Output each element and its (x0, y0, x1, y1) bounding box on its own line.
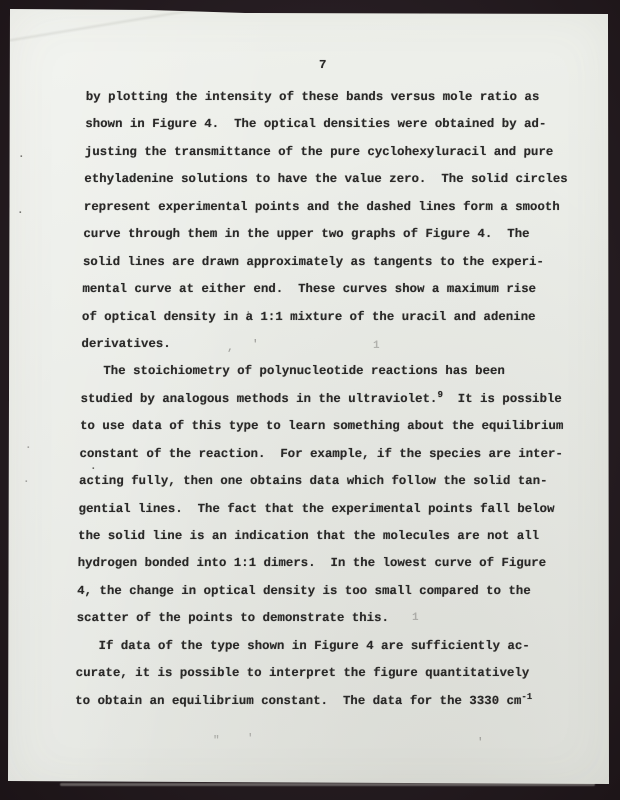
superscript: -1 (521, 692, 532, 702)
document-line: curate, it is possible to interpret the … (75, 660, 559, 687)
page-number: 7 (319, 58, 326, 72)
stray-mark: . (25, 441, 32, 452)
superscript: 9 (437, 390, 443, 400)
stray-mark: ' (247, 734, 254, 745)
document-line: shown in Figure 4. The optical densities… (85, 111, 569, 138)
document-line: the solid line is an indication that the… (78, 523, 562, 550)
document-line: If data of the type shown in Figure 4 ar… (76, 633, 560, 660)
document-line: to obtain an equilibrium constant. The d… (75, 688, 559, 715)
document-line: ethyladenine solutions to have the value… (84, 166, 568, 193)
document-line: The stoichiometry of polynucleotide reac… (81, 358, 565, 385)
document-line: studied by analogous methods in the ultr… (80, 386, 564, 413)
document-line: curve through them in the upper two grap… (83, 221, 567, 248)
document-line: 4, the change in optical density is too … (77, 578, 561, 605)
photo-stage: 7 by plotting the intensity of these ban… (0, 0, 620, 800)
stray-mark: ' (477, 738, 484, 749)
stray-mark: . (17, 206, 24, 217)
paper-edge-highlight (60, 783, 595, 786)
document-line: to use data of this type to learn someth… (80, 413, 564, 440)
stray-mark: . (18, 150, 25, 161)
document-line: of optical density in a 1:1 mixture of t… (82, 304, 566, 331)
document-line: constant of the reaction. For example, i… (79, 441, 563, 468)
document-line: represent experimental points and the da… (84, 194, 568, 221)
document-line: hydrogen bonded into 1:1 dimers. In the … (77, 550, 561, 577)
document-line: solid lines are drawn approximately as t… (83, 249, 567, 276)
paper-crease (0, 0, 255, 42)
document-line: derivatives. (81, 331, 565, 358)
stray-mark: . (23, 475, 30, 486)
document-line: mental curve at either end. These curves… (82, 276, 566, 303)
document-line: by plotting the intensity of these bands… (86, 84, 570, 111)
stray-mark: " (213, 736, 220, 747)
document-line: justing the transmittance of the pure cy… (85, 139, 569, 166)
document-page: 7 by plotting the intensity of these ban… (0, 0, 620, 800)
document-line: gential lines. The fact that the experim… (78, 496, 562, 523)
document-text: by plotting the intensity of these bands… (75, 84, 569, 715)
document-line: scatter of the points to demonstrate thi… (76, 605, 560, 632)
document-line: acting fully, then one obtains data whic… (79, 468, 563, 495)
